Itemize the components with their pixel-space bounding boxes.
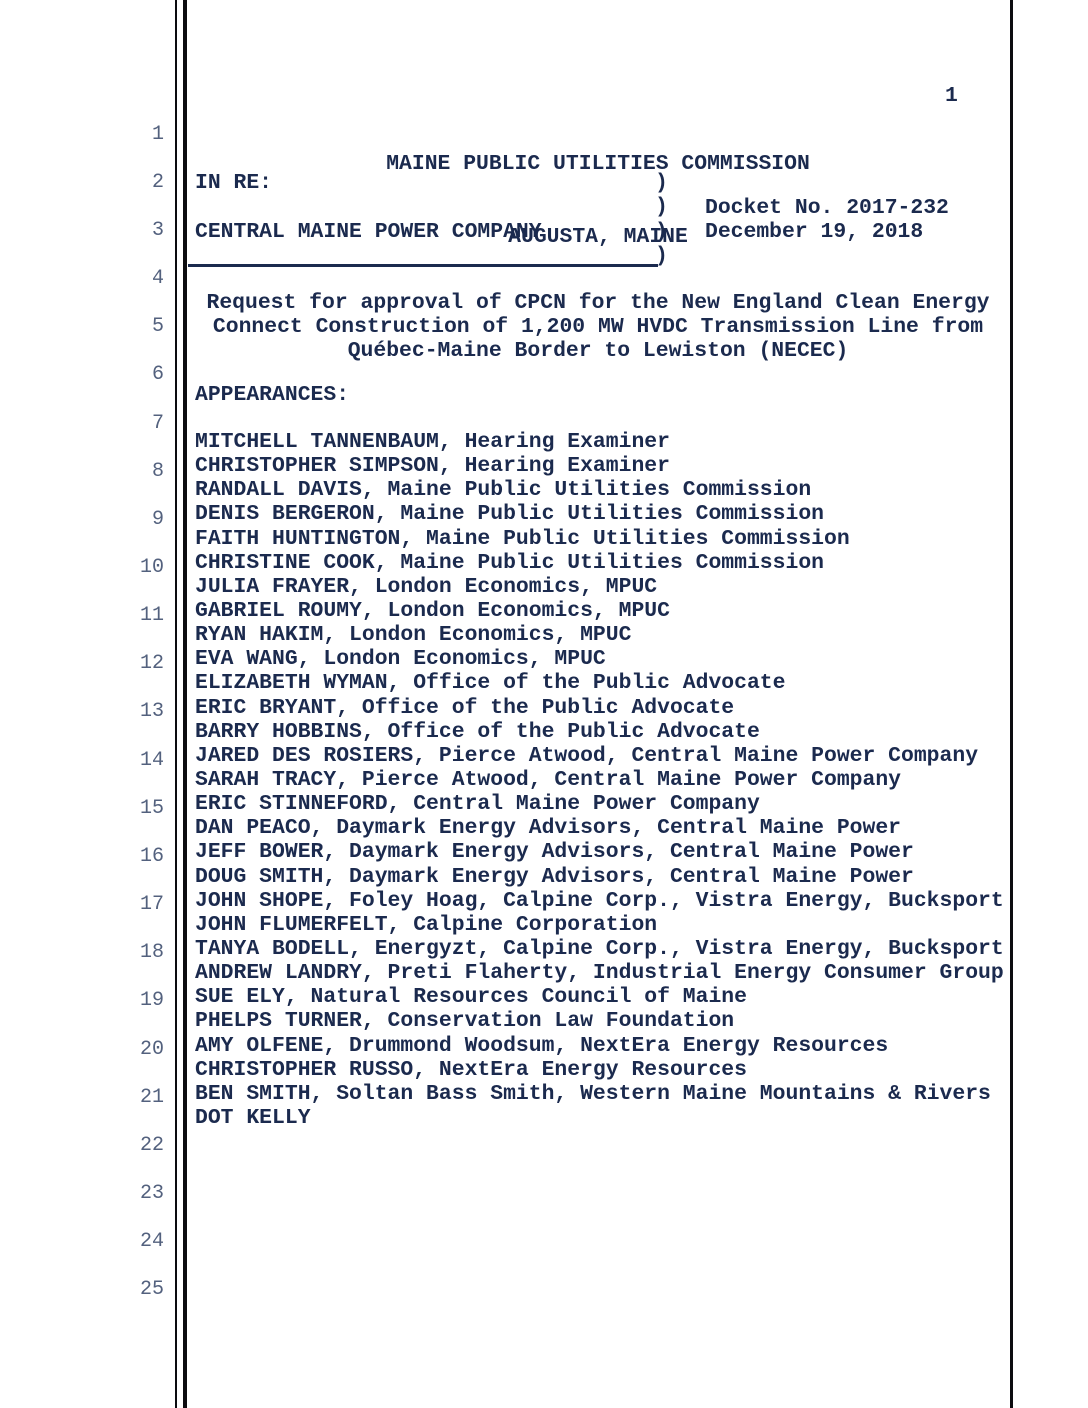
appearance-line: BEN SMITH, Soltan Bass Smith, Western Ma… xyxy=(195,1082,1004,1106)
transcript-page: 1234567891011121314151617181920212223242… xyxy=(0,0,1088,1408)
case-description-line: Québec-Maine Border to Lewiston (NECEC) xyxy=(185,339,1011,363)
line-number: 11 xyxy=(118,592,164,640)
caption-hearing-date: December 19, 2018 xyxy=(705,220,923,244)
caption-paren: ) xyxy=(655,171,668,195)
line-number: 10 xyxy=(118,543,164,591)
line-number: 8 xyxy=(118,447,164,495)
caption-underline xyxy=(188,264,658,267)
appearance-line: SARAH TRACY, Pierce Atwood, Central Main… xyxy=(195,768,1004,792)
caption-paren: ) xyxy=(655,220,668,244)
line-number: 19 xyxy=(118,977,164,1025)
line-number: 9 xyxy=(118,495,164,543)
line-number: 23 xyxy=(118,1169,164,1217)
case-description: Request for approval of CPCN for the New… xyxy=(185,291,1011,363)
case-description-line: Connect Construction of 1,200 MW HVDC Tr… xyxy=(185,315,1011,339)
line-number: 17 xyxy=(118,881,164,929)
line-number: 24 xyxy=(118,1218,164,1266)
appearance-line: JULIA FRAYER, London Economics, MPUC xyxy=(195,575,1004,599)
line-number: 16 xyxy=(118,832,164,880)
appearance-line: EVA WANG, London Economics, MPUC xyxy=(195,647,1004,671)
appearance-line: DAN PEACO, Daymark Energy Advisors, Cent… xyxy=(195,816,1004,840)
line-number: 4 xyxy=(118,254,164,302)
line-number: 1 xyxy=(118,110,164,158)
line-number: 12 xyxy=(118,640,164,688)
line-number: 7 xyxy=(118,399,164,447)
line-number: 20 xyxy=(118,1025,164,1073)
appearance-line: DOUG SMITH, Daymark Energy Advisors, Cen… xyxy=(195,865,1004,889)
line-number: 13 xyxy=(118,688,164,736)
line-number: 21 xyxy=(118,1073,164,1121)
appearances-heading: APPEARANCES: xyxy=(195,383,349,407)
line-number: 3 xyxy=(118,206,164,254)
appearance-line: BARRY HOBBINS, Office of the Public Advo… xyxy=(195,720,1004,744)
line-number: 22 xyxy=(118,1121,164,1169)
caption-paren: ) xyxy=(655,195,668,219)
pleading-rule-left-outer xyxy=(175,0,177,1408)
appearance-line: DENIS BERGERON, Maine Public Utilities C… xyxy=(195,502,1004,526)
line-number: 2 xyxy=(118,158,164,206)
appearance-line: CHRISTOPHER RUSSO, NextEra Energy Resour… xyxy=(195,1058,1004,1082)
caption-docket-number: Docket No. 2017-232 xyxy=(705,196,949,220)
appearance-line: GABRIEL ROUMY, London Economics, MPUC xyxy=(195,599,1004,623)
caption-in-re: IN RE: xyxy=(195,171,272,195)
appearance-line: JOHN FLUMERFELT, Calpine Corporation xyxy=(195,913,1004,937)
line-number-column: 1234567891011121314151617181920212223242… xyxy=(118,110,164,1314)
appearance-line: MITCHELL TANNENBAUM, Hearing Examiner xyxy=(195,430,1004,454)
appearance-line: JARED DES ROSIERS, Pierce Atwood, Centra… xyxy=(195,744,1004,768)
appearance-line: ELIZABETH WYMAN, Office of the Public Ad… xyxy=(195,671,1004,695)
line-number: 15 xyxy=(118,784,164,832)
appearance-line: JEFF BOWER, Daymark Energy Advisors, Cen… xyxy=(195,840,1004,864)
appearance-line: SUE ELY, Natural Resources Council of Ma… xyxy=(195,985,1004,1009)
appearance-line: ERIC STINNEFORD, Central Maine Power Com… xyxy=(195,792,1004,816)
appearance-line: CHRISTOPHER SIMPSON, Hearing Examiner xyxy=(195,454,1004,478)
appearance-line: AMY OLFENE, Drummond Woodsum, NextEra En… xyxy=(195,1034,1004,1058)
header-court-name: MAINE PUBLIC UTILITIES COMMISSION xyxy=(185,152,1011,176)
appearance-line: RANDALL DAVIS, Maine Public Utilities Co… xyxy=(195,478,1004,502)
appearance-line: JOHN SHOPE, Foley Hoag, Calpine Corp., V… xyxy=(195,889,1004,913)
appearance-line: FAITH HUNTINGTON, Maine Public Utilities… xyxy=(195,527,1004,551)
appearance-line: PHELPS TURNER, Conservation Law Foundati… xyxy=(195,1009,1004,1033)
case-description-line: Request for approval of CPCN for the New… xyxy=(185,291,1011,315)
line-number: 18 xyxy=(118,929,164,977)
appearance-line: DOT KELLY xyxy=(195,1106,1004,1130)
appearance-line: RYAN HAKIM, London Economics, MPUC xyxy=(195,623,1004,647)
caption-party-name: CENTRAL MAINE POWER COMPANY xyxy=(195,220,542,244)
line-number: 14 xyxy=(118,736,164,784)
line-number: 5 xyxy=(118,303,164,351)
appearances-list: MITCHELL TANNENBAUM, Hearing ExaminerCHR… xyxy=(195,430,1004,1130)
appearance-line: TANYA BODELL, Energyzt, Calpine Corp., V… xyxy=(195,937,1004,961)
line-number: 25 xyxy=(118,1266,164,1314)
caption-paren-column: )))) xyxy=(655,171,668,268)
appearance-line: CHRISTINE COOK, Maine Public Utilities C… xyxy=(195,551,1004,575)
appearance-line: ANDREW LANDRY, Preti Flaherty, Industria… xyxy=(195,961,1004,985)
line-number: 6 xyxy=(118,351,164,399)
appearance-line: ERIC BRYANT, Office of the Public Advoca… xyxy=(195,696,1004,720)
